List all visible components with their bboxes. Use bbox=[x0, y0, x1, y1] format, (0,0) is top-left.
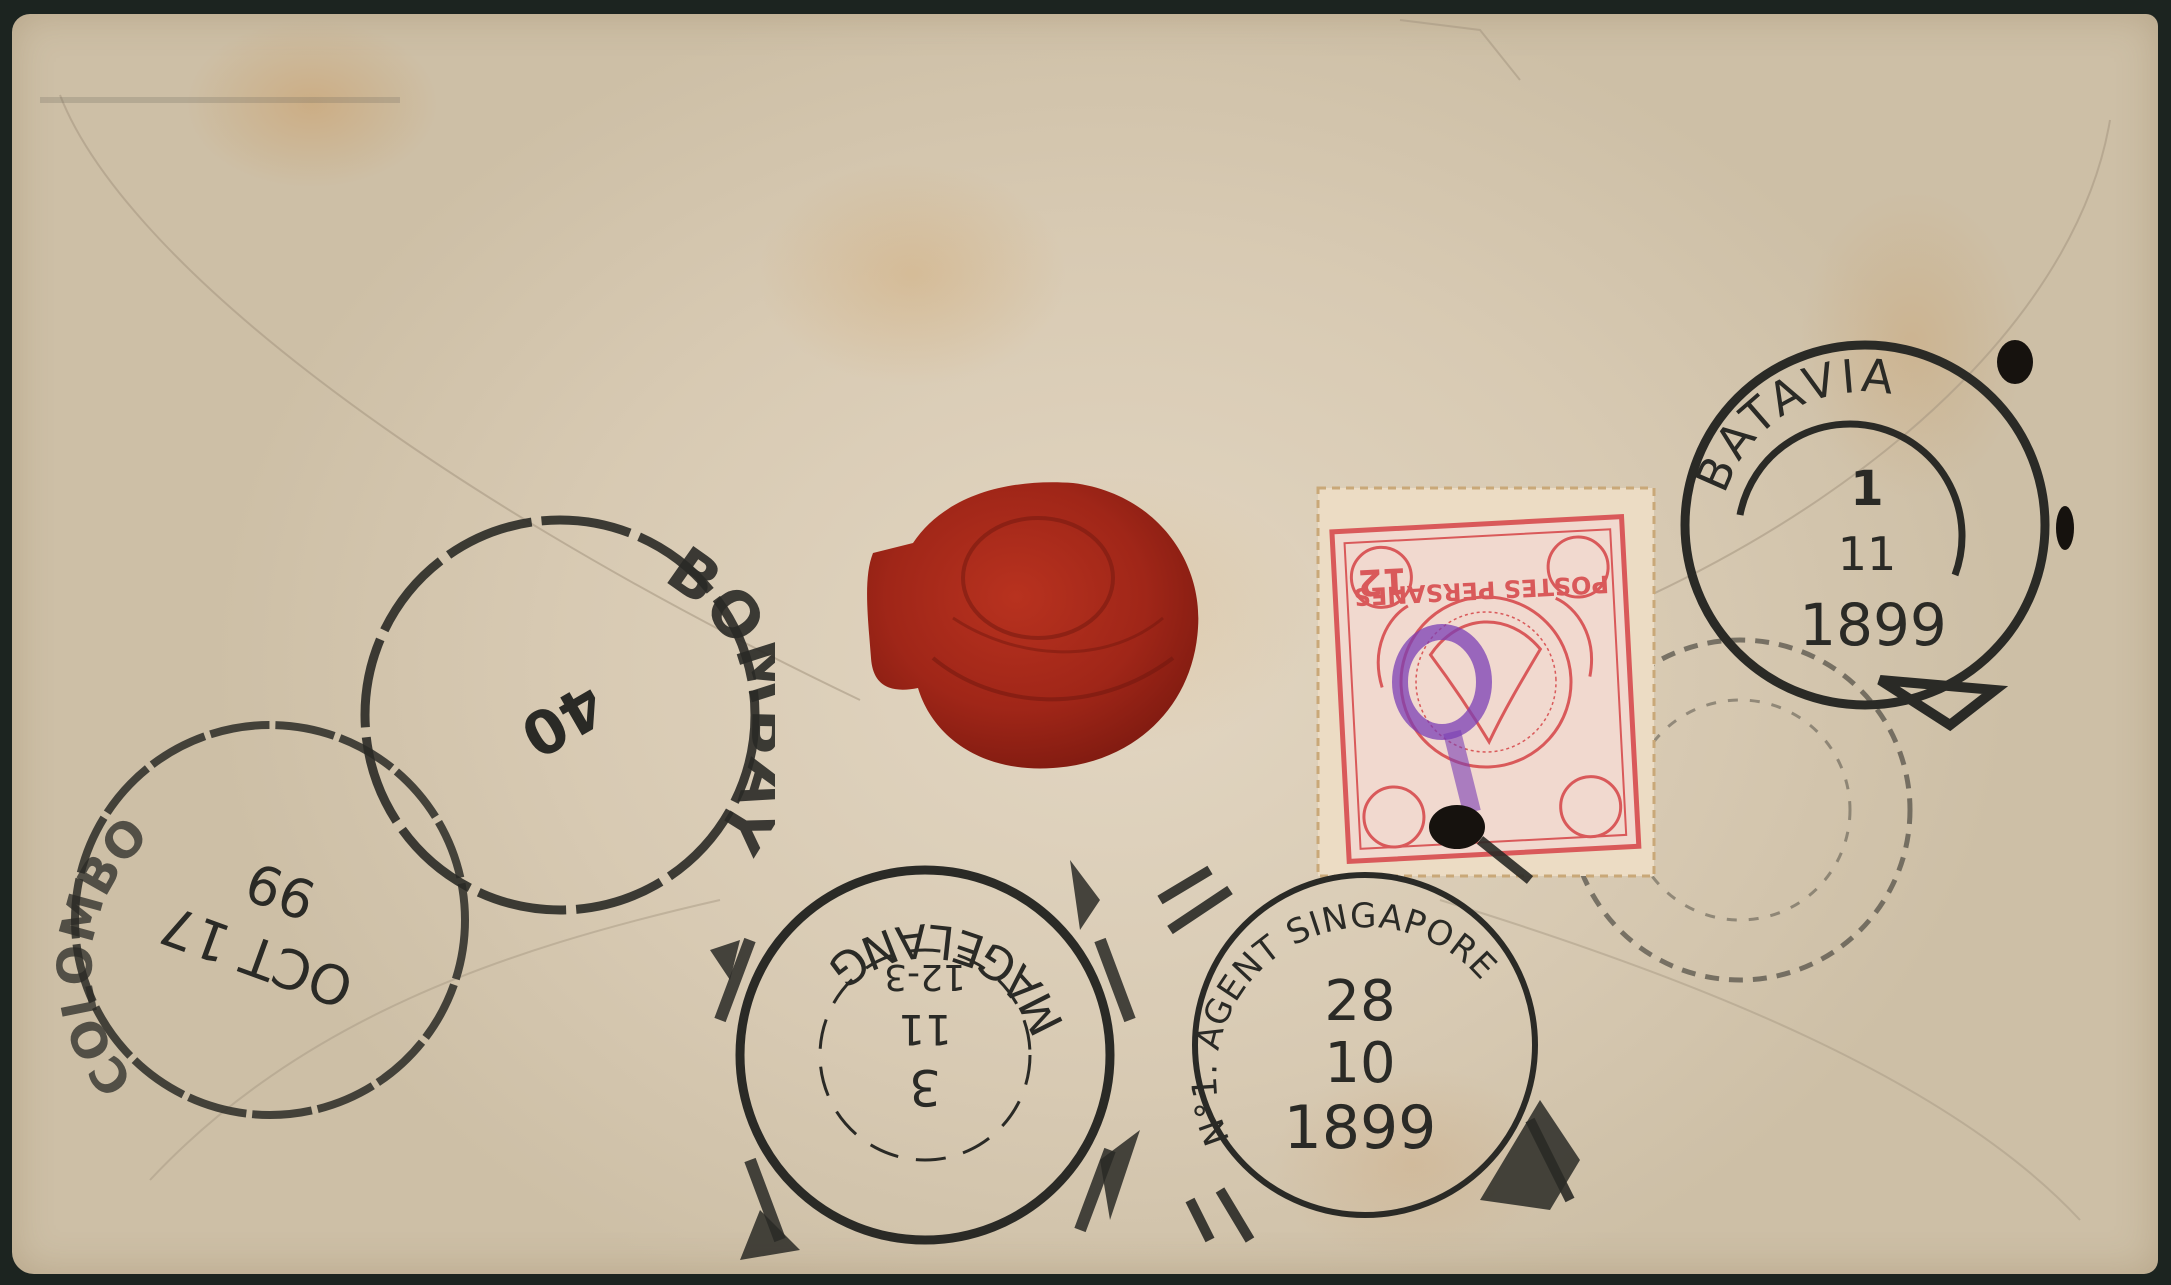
ink-marks bbox=[0, 0, 2171, 1285]
